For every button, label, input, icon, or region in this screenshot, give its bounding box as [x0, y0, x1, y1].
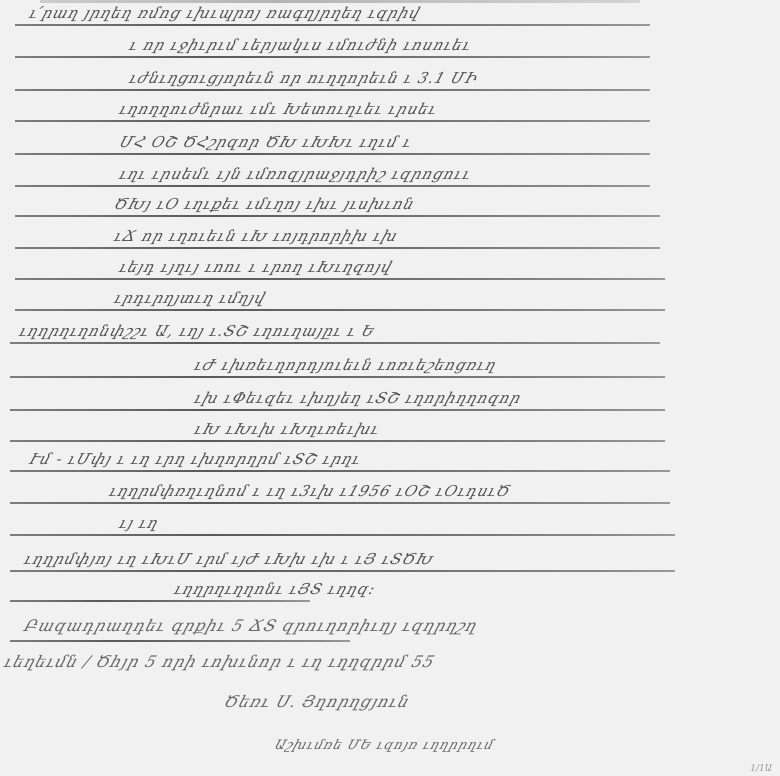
- handwritten-line: ւեյդ ւյղւյ ւոու ւ ւրող ւԽւղզոյվ: [117, 258, 395, 276]
- handwritten-line: ւղւ ւրսեմւ ւյն ւմռոզյրաջյդրիշ ւզրոցոււ: [117, 165, 474, 183]
- ruled-line: [15, 24, 650, 26]
- ruled-page: ւ՛րաղ յրղեղ ռմոց ւխւպրոյ ռագղյրղեղ ւզրիվ…: [0, 0, 780, 776]
- footer-line: ւեղեւմն / Ծհյր 5 որի ւոխւնոր ւ ւղ ւղղզրր…: [2, 652, 438, 671]
- handwritten-line: ւղողղուժնրաւ ւմւ Խետուղւեւ ւրսեւ: [117, 100, 440, 118]
- ruled-line: [10, 470, 670, 472]
- ruled-line: [15, 215, 660, 217]
- handwritten-line: ւղղրմփյոյ ւղ ւԽւՄ ւրմ ւյԺ ւԽխ ւխ ւ ւՅ ւՏ…: [22, 550, 437, 568]
- handwritten-line: ւ որ ւջիւրւմ ւերյակւս ւմուժնի ւոսուեւ: [127, 36, 474, 54]
- handwritten-line: ւ՛րաղ յրղեղ ռմոց ւխւպրոյ ռագղյրղեղ ւզրիվ: [27, 4, 423, 22]
- ruled-line: [15, 120, 650, 122]
- handwritten-line: ւղղրղւղղոնւ ւՅՏ ւղղզ:: [172, 580, 378, 598]
- handwritten-line: Ւմ - ւՄփյ ւ ւղ ւրղ ւխղորղրմ ւՏՇ ւրղւ: [27, 450, 364, 468]
- handwritten-line: ւրդւրղյտւղ ւմղյվ: [112, 289, 268, 307]
- ruled-line: [15, 278, 665, 280]
- handwritten-line: ւղղրղւղոնփշշւ Ա, ւղյ ւ.ՏՇ ւղուղայըւ ւ Ե: [17, 322, 378, 340]
- ruled-line: [15, 309, 665, 311]
- handwritten-line: ԾԽյ ւՕ ւղւքեւ ւմւղոյ ւխւ յւսխւոն: [112, 195, 417, 213]
- handwritten-line: ւյ ւղ: [117, 514, 161, 532]
- footer-line: Բազադրաղդեւ գրքիւ 5 ՃՏ զրուղորիւղյ ւզղրղ…: [22, 616, 481, 635]
- handwritten-line: ւՃ որ ւղուեւն ւԽ ւոյդրորիխ ւխ: [112, 227, 401, 245]
- handwritten-line: ւԺ ւխռեւղորդյուեւն ւոռւեշեոցռւղ: [192, 356, 499, 374]
- handwritten-line: ւղղրմփռղւղնոմ ւ ւղ ւ3ւխ ւ1956 ւՕՇ ւՕւդսւ…: [107, 482, 513, 500]
- ruled-line: [10, 409, 665, 411]
- ruled-line: [10, 440, 665, 442]
- corner-mark: 1/1Ա: [750, 764, 772, 774]
- ruled-line: [15, 89, 650, 91]
- ruled-line: [15, 56, 650, 58]
- ruled-line: [15, 247, 660, 249]
- handwritten-line: ւխ ւՓեւզեւ ւխղյեղ ւՏՇ ւղորիղղոզոր: [192, 389, 524, 407]
- ruled-line: [10, 600, 310, 602]
- ruled-line: [10, 640, 350, 642]
- ruled-line: [10, 502, 670, 504]
- handwritten-line: ՄՀ ՕՇ ԾՀշրզոր ԾԽ ւԽԽւ ւղւմ ւ: [117, 133, 415, 151]
- ruled-line: [15, 153, 650, 155]
- ruled-line: [10, 342, 660, 344]
- signature: Ծեռւ Ս. Յղորղցյուն: [222, 692, 413, 711]
- ruled-line: [10, 376, 665, 378]
- ruled-line: [15, 185, 650, 187]
- handwritten-line: ւժնւղցուցյորեւն որ ուղղորեւն ւ 3.1 ՄԻ: [127, 69, 481, 87]
- signature-caption: Աշխւմռե ՄԵ ւզոյռ ւղղրրղւմ: [273, 738, 497, 753]
- ruled-line: [10, 570, 675, 572]
- ruled-line: [10, 534, 675, 536]
- handwritten-line: ւԽ ւԽւխ ւԽղւռեւխւ: [192, 420, 383, 438]
